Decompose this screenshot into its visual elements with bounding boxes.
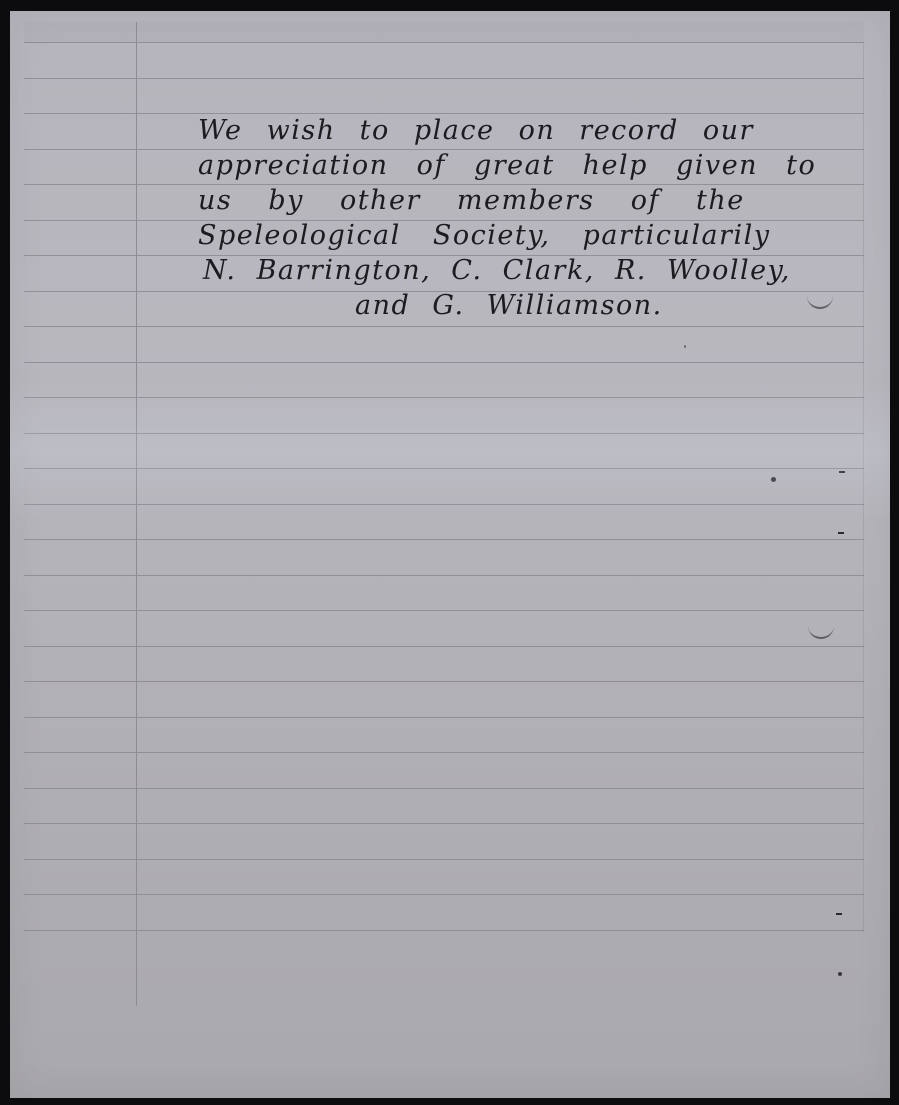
lined-paper-page: We wish to place on record our appreciat… <box>10 11 890 1098</box>
photo-frame: We wish to place on record our appreciat… <box>0 0 899 1105</box>
handwriting-line-6: and G. Williamson. <box>355 292 663 319</box>
handwriting-line-2: appreciation of great help given to <box>198 152 816 179</box>
handwriting-line-3: us by other members of the <box>198 187 745 214</box>
handwritten-note: We wish to place on record our appreciat… <box>10 11 890 1098</box>
handwriting-line-4: Speleological Society, particularily <box>198 222 771 249</box>
handwriting-line-5: N. Barrington, C. Clark, R. Woolley, <box>203 257 791 284</box>
handwriting-line-1: We wish to place on record our <box>198 117 754 144</box>
